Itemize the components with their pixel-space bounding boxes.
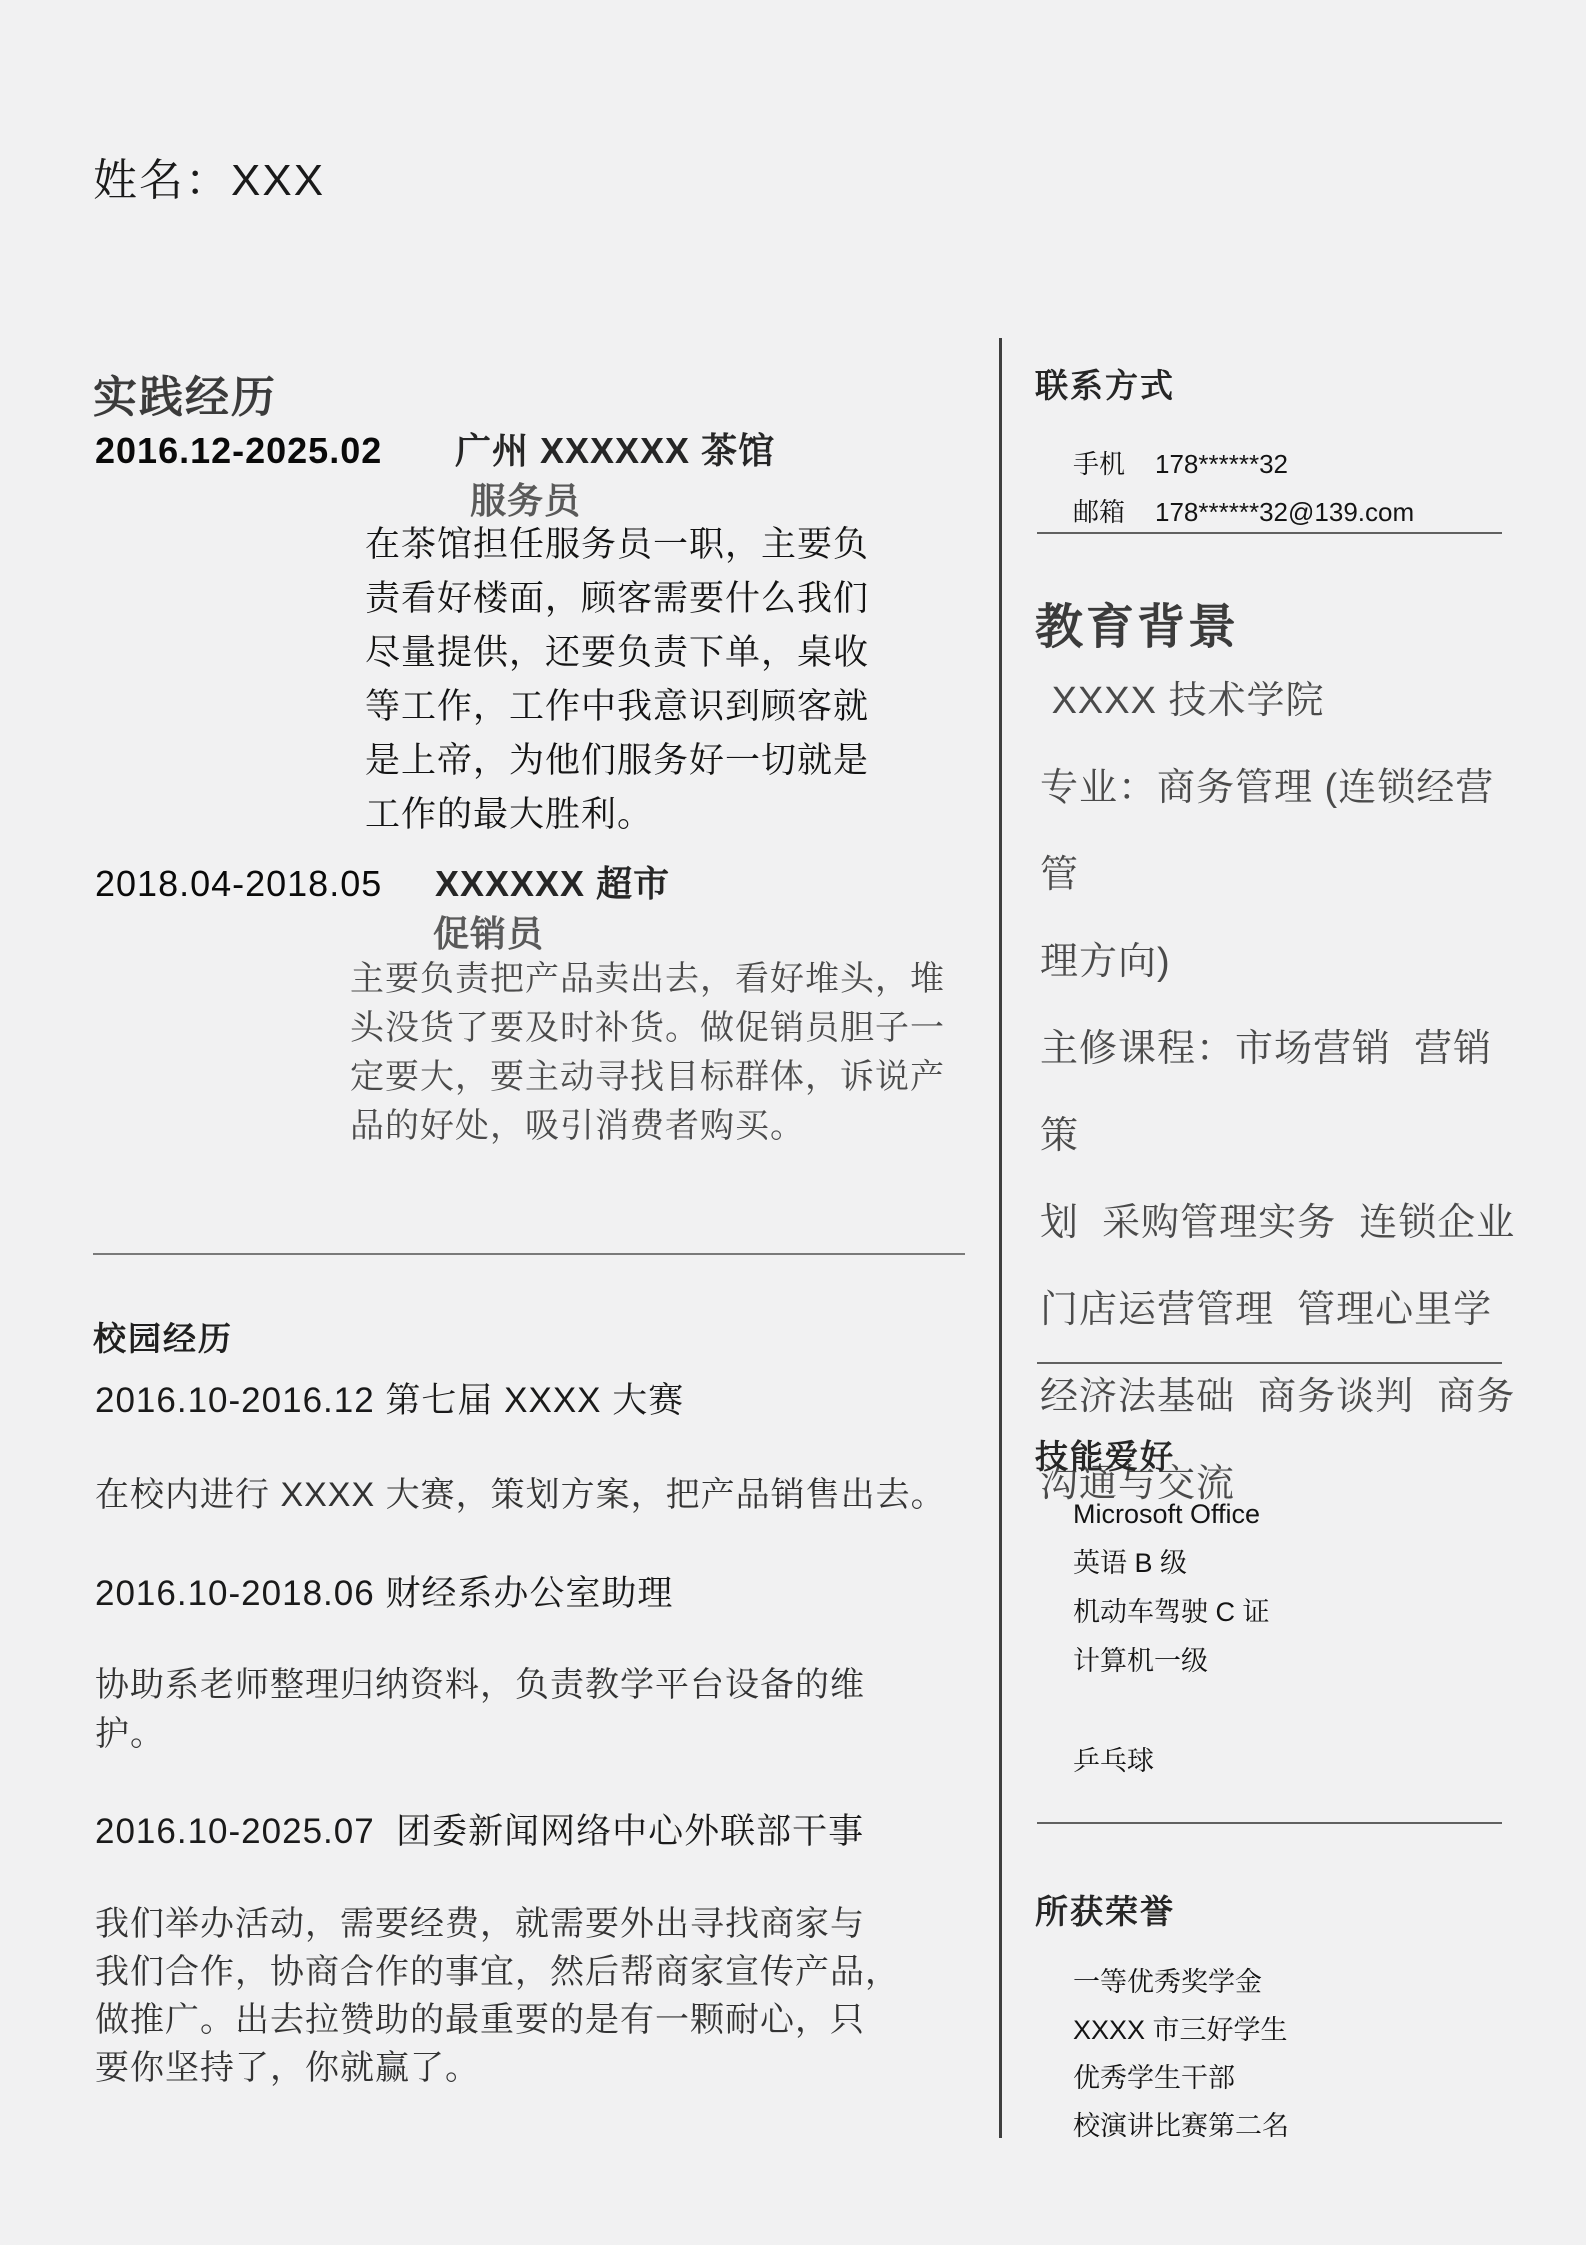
section-practice-heading: 实践经历 (93, 361, 277, 425)
job-period: 2018.04-2018.05 (95, 863, 435, 904)
resume-page: { "colors": { "background": "#f1f1f2", "… (0, 0, 1586, 2245)
section-contact-heading: 联系方式 (1035, 360, 1175, 407)
section-skills-heading: 技能爱好 (1035, 1431, 1175, 1478)
job-description: 在茶馆担任服务员一职，主要负 责看好楼面，顾客需要什么我们 尽量提供，还要负责下… (365, 518, 1005, 842)
job-company: 广州 XXXXXX 茶馆 (455, 430, 775, 471)
section-honors-heading: 所获荣誉 (1035, 1886, 1175, 1933)
section-education-heading: 教育背景 (1035, 588, 1239, 657)
campus-item-title: 2016.10-2025.07 团委新闻网络中心外联部干事 (95, 1811, 864, 1853)
contact-row: 手机 178******32 (1073, 440, 1414, 488)
skill-item: 计算机一级 (1073, 1637, 1270, 1686)
contact-label: 邮箱 (1073, 488, 1155, 536)
left-section-divider (93, 1253, 965, 1255)
job-description: 主要负责把产品卖出去，看好堆头，堆 头没货了要及时补货。做促销员胆子一 定要大，… (350, 955, 1010, 1151)
vertical-column-divider (999, 338, 1002, 2138)
contact-row: 邮箱 178******32@139.com (1073, 488, 1414, 536)
campus-item-title: 2016.10-2016.12 第七届 XXXX 大赛 (95, 1380, 684, 1422)
contact-rows: 手机 178******32 邮箱 178******32@139.com (1073, 440, 1414, 536)
job-company: XXXXXX 超市 (435, 863, 670, 904)
name-title: 姓名：XXX (93, 156, 325, 207)
honor-item: 一等优秀奖学金 (1073, 1958, 1289, 2006)
honor-item: 优秀学生干部 (1073, 2054, 1289, 2102)
job-period: 2016.12-2025.02 (95, 430, 455, 471)
honors-list: 一等优秀奖学金 XXXX 市三好学生 优秀学生干部 校演讲比赛第二名 (1073, 1958, 1289, 2150)
job-role: 促销员 (433, 913, 544, 954)
contact-label: 手机 (1073, 440, 1155, 488)
job-role: 服务员 (470, 480, 581, 521)
hobby-item: 乒乓球 (1073, 1745, 1154, 1777)
honor-item: 校演讲比赛第二名 (1073, 2102, 1289, 2150)
job-header: 2016.12-2025.02 广州 XXXXXX 茶馆 (95, 430, 775, 471)
education-details: XXXX 技术学院 专业：商务管理 (连锁经营管 理方向) 主修课程：市场营销 … (1040, 658, 1520, 1528)
campus-item-title: 2016.10-2018.06 财经系办公室助理 (95, 1573, 673, 1615)
honor-item: XXXX 市三好学生 (1073, 2006, 1289, 2054)
skill-item: 机动车驾驶 C 证 (1073, 1588, 1270, 1637)
skill-item: Microsoft Office (1073, 1490, 1270, 1539)
right-section-divider (1037, 1822, 1502, 1824)
campus-item-description: 我们举办活动，需要经费，就需要外出寻找商家与 我们合作，协商合作的事宜，然后帮商… (95, 1900, 975, 2092)
skills-list: Microsoft Office 英语 B 级 机动车驾驶 C 证 计算机一级 (1073, 1490, 1270, 1686)
campus-item-description: 在校内进行 XXXX 大赛，策划方案，把产品销售出去。 (95, 1471, 975, 1520)
right-section-divider (1037, 1362, 1502, 1364)
skill-item: 英语 B 级 (1073, 1539, 1270, 1588)
section-campus-heading: 校园经历 (93, 1313, 233, 1360)
contact-value: 178******32 (1155, 440, 1288, 488)
contact-value: 178******32@139.com (1155, 488, 1414, 536)
campus-item-description: 协助系老师整理归纳资料，负责教学平台设备的维 护。 (95, 1661, 975, 1759)
right-section-divider (1037, 532, 1502, 534)
job-header: 2018.04-2018.05 XXXXXX 超市 (95, 863, 670, 904)
